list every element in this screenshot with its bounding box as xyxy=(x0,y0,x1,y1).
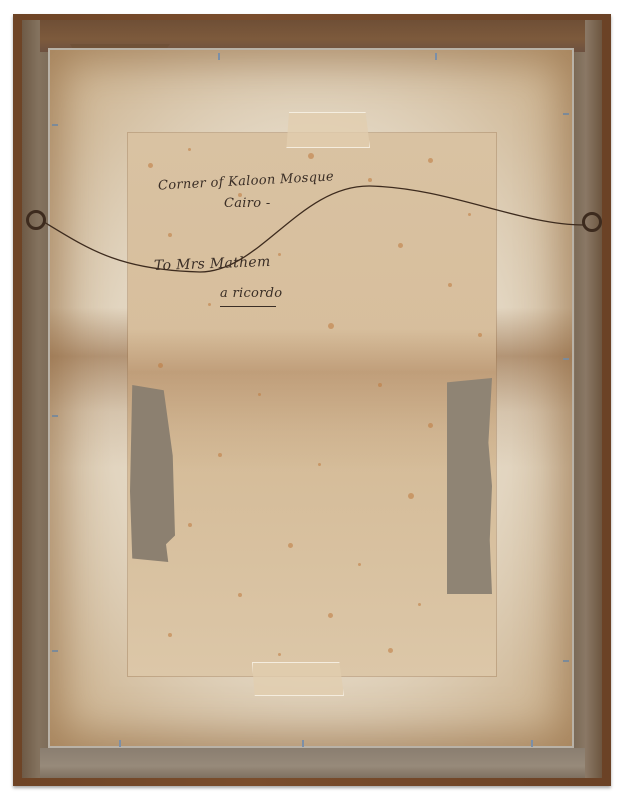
frame-brad xyxy=(119,740,121,747)
inscription-line-4: a ricordo xyxy=(220,286,282,301)
hanging-ring-left-icon xyxy=(26,210,46,230)
frame-rabbet-left xyxy=(22,20,50,778)
hinge-tape-top xyxy=(282,112,370,148)
frame-brad xyxy=(563,113,569,115)
frame-brad xyxy=(218,53,220,60)
inscription-line-2: Cairo - xyxy=(224,196,271,211)
frame-brad xyxy=(563,660,569,662)
frame-brad xyxy=(563,358,569,360)
artwork-back-sheet xyxy=(128,133,496,676)
inscription-underline xyxy=(220,306,276,307)
frame-brad xyxy=(531,740,533,747)
hinge-tape-bottom xyxy=(252,662,344,696)
frame-rabbet-right xyxy=(575,20,602,778)
framed-artwork-back-photo: Corner of Kaloon Mosque Cairo - To Mrs M… xyxy=(0,0,623,800)
frame-brad xyxy=(52,650,58,652)
gummed-tape-strip-right xyxy=(447,378,492,594)
frame-brad xyxy=(52,415,58,417)
frame-rabbet-bottom xyxy=(40,748,585,778)
frame-brad xyxy=(435,53,437,60)
frame-brad xyxy=(52,124,58,126)
frame-brad xyxy=(302,740,304,747)
hanging-ring-right-icon xyxy=(582,212,602,232)
